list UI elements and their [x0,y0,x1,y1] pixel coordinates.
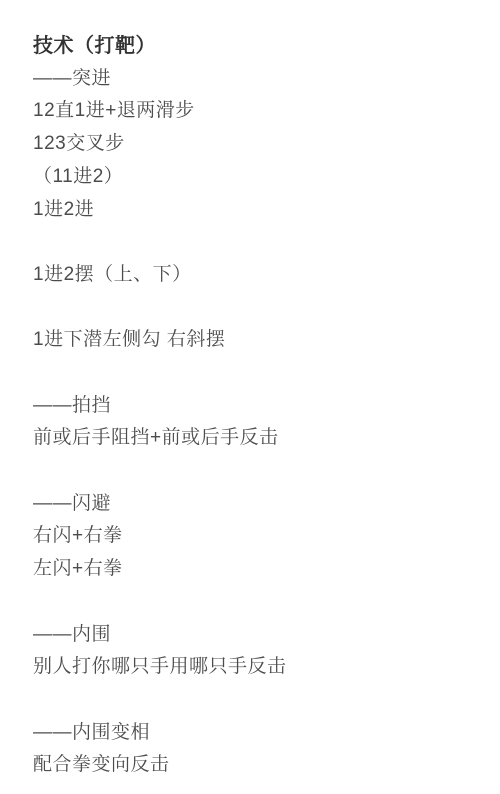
text-line: 1进2进 [33,194,476,227]
blank-line [33,455,476,488]
notes-text-block: 技术（打靶）——突进12直1进+退两滑步123交叉步（11进2）1进2进1进2摆… [0,0,500,794]
text-line: （11进2） [33,161,476,194]
blank-line [33,586,476,619]
text-line: 12直1进+退两滑步 [33,95,476,128]
text-line: ——突进 [33,63,476,96]
text-line: ——内围 [33,619,476,652]
blank-line [33,684,476,717]
blank-line [33,226,476,259]
text-line: 右闪+右拳 [33,520,476,553]
text-line: 配合拳变向反击 [33,749,476,782]
text-line: 别人打你哪只手用哪只手反击 [33,651,476,684]
text-line: ——内围变相 [33,717,476,750]
blank-line [33,357,476,390]
text-line: 1进2摆（上、下） [33,259,476,292]
text-line: 前或后手阻挡+前或后手反击 [33,422,476,455]
blank-line [33,292,476,325]
text-line: ——闪避 [33,488,476,521]
text-line: 左闪+右拳 [33,553,476,586]
text-line: 1进下潜左侧勾 右斜摆 [33,324,476,357]
doc-title: 技术（打靶） [33,30,476,63]
text-line: ——拍挡 [33,390,476,423]
text-line: 123交叉步 [33,128,476,161]
